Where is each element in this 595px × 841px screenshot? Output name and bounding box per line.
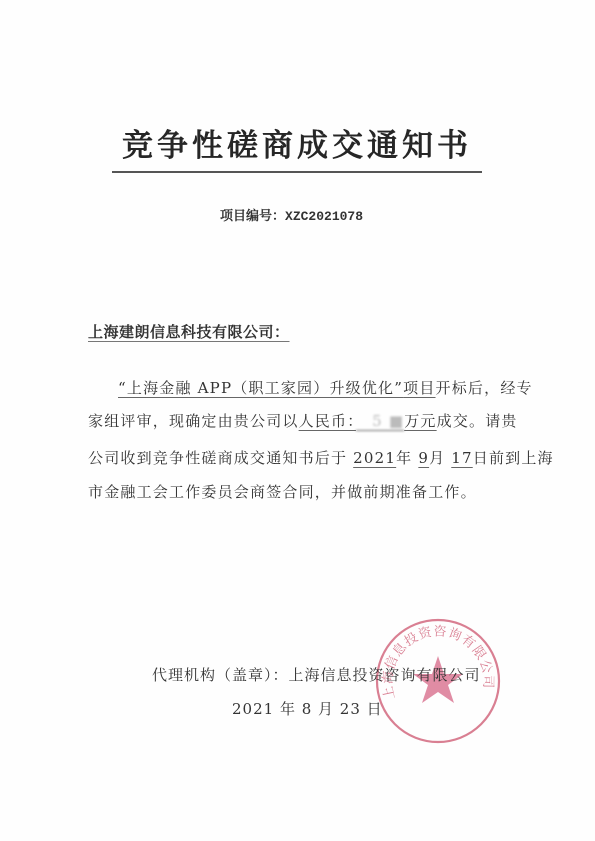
body-line-4: 市金融工会工作委员会商签合同，并做前期准备工作。 xyxy=(88,481,513,502)
document-title: 竞争性磋商成交通知书 xyxy=(112,120,482,173)
deadline-month: 9 xyxy=(418,449,429,467)
line2-prefix: 家组评审，现确定由贵公司以 xyxy=(88,412,299,430)
amount-unit: 万元 xyxy=(404,412,436,430)
body-line-1: “上海金融 APP（职工家园）升级优化”项目开标后，经专 xyxy=(118,377,543,398)
issue-date: 2021 年 8 月 23 日 xyxy=(232,698,383,719)
redacted-amount: 5 ■ xyxy=(356,412,404,430)
line1-rest: 开标后，经专 xyxy=(436,379,533,397)
addressee: 上海建朗信息科技有限公司： xyxy=(88,321,290,342)
year-unit: 年 xyxy=(396,449,412,467)
project-number-value: XZC2021078 xyxy=(285,209,363,224)
day-unit: 日 xyxy=(473,449,489,467)
project-number: 项目编号：XZC2021078 xyxy=(220,205,420,224)
body-line-2: 家组评审，现确定由贵公司以人民币： 5 ■万元成交。请贵 xyxy=(88,410,513,431)
project-suffix: 项目 xyxy=(403,379,435,397)
body-line-3: 公司收到竞争性磋商成交通知书后于 2021年 9月 17日前到上海 xyxy=(88,447,513,468)
agency-signature-line: 代理机构（盖章）：上海信息投资咨询有限公司 xyxy=(152,664,481,685)
line2-suffix: 成交。请贵 xyxy=(437,412,518,430)
month-unit: 月 xyxy=(429,449,445,467)
currency-label: 人民币： xyxy=(299,412,356,430)
document-page: 竞争性磋商成交通知书 项目编号：XZC2021078 上海建朗信息科技有限公司：… xyxy=(0,0,595,841)
deadline-year: 2021 xyxy=(353,449,396,467)
line3-prefix: 公司收到竞争性磋商成交通知书后于 xyxy=(88,449,347,467)
quoted-project-name: “上海金融 APP（职工家园）升级优化” xyxy=(118,379,403,397)
line3-suffix: 前到上海 xyxy=(489,449,554,467)
project-number-label: 项目编号： xyxy=(220,209,285,224)
deadline-day: 17 xyxy=(451,449,473,467)
